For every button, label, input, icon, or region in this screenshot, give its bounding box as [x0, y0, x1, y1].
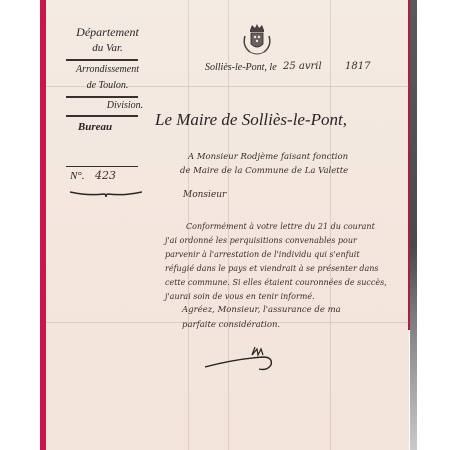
body-line: j'ai ordonné les perquisitions convenabl…	[165, 236, 357, 245]
number-label: N°.	[70, 170, 85, 182]
department-name: du Var.	[60, 42, 155, 54]
date-day-month: 25 avril	[283, 61, 322, 72]
closing-line: parfaite considération.	[182, 320, 280, 330]
body-line: cette commune. Si elles étaient couronné…	[165, 278, 387, 287]
salutation: Monsieur	[183, 190, 226, 200]
divider	[66, 166, 138, 167]
date-year: 1817	[345, 61, 370, 72]
letter-number: 423	[95, 169, 116, 182]
department-title: Département	[60, 25, 155, 40]
closing-line: Agréez, Monsieur, l'assurance de ma	[182, 305, 341, 315]
right-scan-shadow	[410, 0, 417, 450]
place-label: Solliès-le-Pont, le	[205, 62, 277, 73]
addressee-line-1: A Monsieur Rodjème faisant fonction	[188, 152, 348, 162]
divider	[66, 96, 138, 98]
arrondissement-name: de Toulon.	[60, 80, 155, 91]
royal-coat-of-arms-icon	[240, 22, 274, 58]
body-line: réfugié dans le pays et viendrait à se p…	[165, 264, 379, 273]
sender-heading: Le Maire de Solliès-le-Pont,	[155, 110, 347, 130]
addressee-line-2: de Maire de la Commune de La Valette	[180, 166, 348, 176]
body-line: parvenir à l'arrestation de l'individu q…	[165, 250, 360, 259]
division-label: Division.	[95, 100, 155, 111]
decorative-brace-icon	[70, 190, 142, 198]
signature-flourish	[205, 345, 285, 375]
arrondissement-title: Arrondissement	[60, 64, 155, 75]
divider	[66, 59, 138, 61]
divider	[66, 115, 138, 117]
body-line: Conformément à votre lettre du 21 du cou…	[186, 222, 375, 231]
bureau-label: Bureau	[60, 121, 130, 133]
body-line: j'aurai soin de vous en tenir informé.	[165, 292, 315, 301]
